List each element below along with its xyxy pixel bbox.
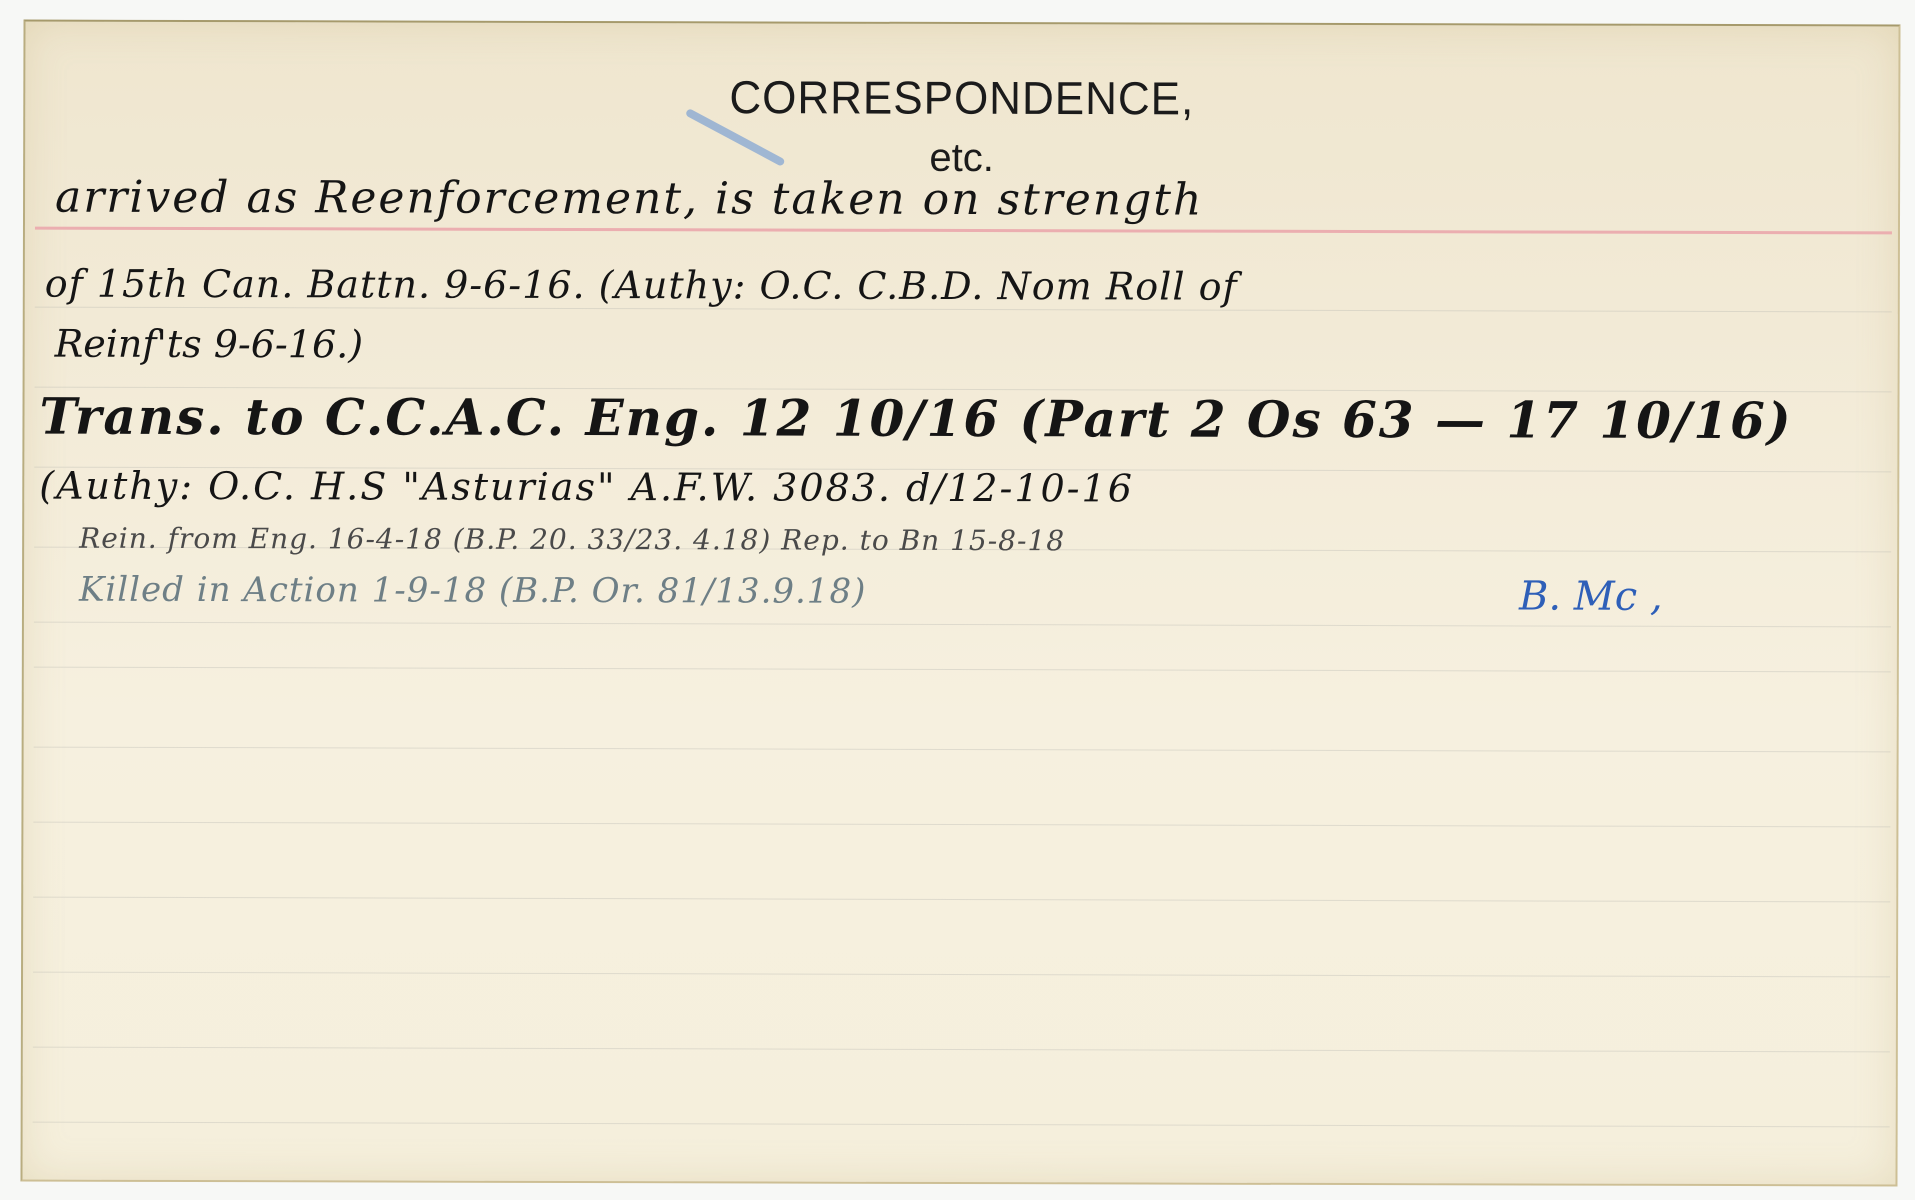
red-rule [35,227,1892,235]
ruled-line [34,667,1891,673]
ruled-line [33,897,1890,903]
entry-line-2: of 15th Can. Battn. 9-6-16. (Authy: O.C.… [45,262,1238,309]
correspondence-card: CORRESPONDENCE, etc. arrived as Reenforc… [20,20,1900,1187]
initials-mark: B. Mc , [1519,573,1663,619]
ruled-line [33,822,1890,828]
entry-line-3: Reinf'ts 9-6-16.) [55,322,364,367]
ruled-line [34,622,1891,628]
ruled-line [33,1122,1890,1128]
entry-line-1: arrived as Reenforcement, is taken on st… [55,172,1203,226]
ruled-line [34,747,1891,753]
entry-line-6: Rein. from Eng. 16-4-18 (B.P. 20. 33/23.… [79,522,1065,558]
ruled-line [33,972,1890,978]
card-title: CORRESPONDENCE, [25,70,1898,127]
entry-line-7: Killed in Action 1-9-18 (B.P. Or. 81/13.… [79,570,866,612]
entry-line-5: (Authy: O.C. H.S "Asturias" A.F.W. 3083.… [39,464,1134,511]
entry-line-4: Trans. to C.C.A.C. Eng. 12 10/16 (Part 2… [39,387,1792,451]
ruled-line [33,1047,1890,1053]
